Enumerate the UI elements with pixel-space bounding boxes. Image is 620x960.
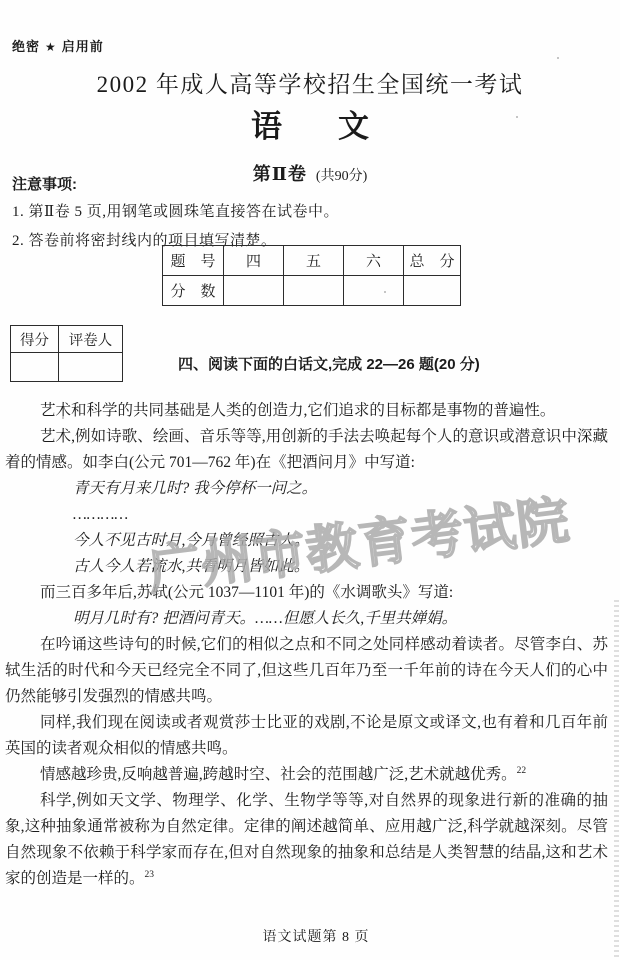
passage-paragraph-7: 科学,例如天文学、物理学、化学、生物学等等,对自然界的现象进行新的准确的抽象,这… <box>5 788 608 892</box>
paper-part-name: 第Ⅱ卷 <box>253 164 307 184</box>
classification-level: 绝密 <box>12 39 40 54</box>
paper-part-score: (共90分) <box>316 169 367 184</box>
score-cell-empty <box>404 276 461 306</box>
poem-line-sushi: 明月几时有? 把酒问青天。……但愿人长久,千里共婵娟。 <box>5 606 608 632</box>
score-table-header-row: 题 号 四 五 六 总 分 <box>163 246 461 276</box>
score-table-header-six: 六 <box>344 246 404 276</box>
score-summary-table: 题 号 四 五 六 总 分 分 数 <box>162 245 461 306</box>
scan-speckle <box>516 116 518 118</box>
classification-note: 启用前 <box>62 39 104 54</box>
passage-paragraph-5: 同样,我们现在阅读或者观赏莎士比亚的戏剧,不论是原文或译文,也有着和几百年前英国… <box>5 710 608 762</box>
notice-item-1: 1. 第Ⅱ卷 5 页,用钢笔或圆珠笔直接答在试卷中。 <box>12 200 339 221</box>
notice-heading: 注意事项: <box>12 173 77 194</box>
score-table-header-five: 五 <box>284 246 344 276</box>
poem-line-libai-3: 古人今人若流水,共看明月皆如此。 <box>5 554 608 580</box>
passage-paragraph-2: 艺术,例如诗歌、绘画、音乐等等,用创新的手法去唤起每个人的意识或潜意识中深藏着的… <box>5 424 608 476</box>
score-cell-empty <box>284 276 344 306</box>
classification-banner: 绝密★启用前 <box>12 36 104 55</box>
paper-part-line: 第Ⅱ卷 (共90分) <box>0 160 620 186</box>
scan-speckle <box>557 57 559 59</box>
section-four-title: 四、阅读下面的白话文,完成 22—26 题(20 分) <box>178 353 480 374</box>
subject-char-first: 语 <box>251 110 282 144</box>
poem-line-libai-2: 今人不见古时月,今月曾经照古人。 <box>5 528 608 554</box>
score-row-label: 分 数 <box>163 276 224 306</box>
score-table-header-four: 四 <box>224 246 284 276</box>
score-table-header-total: 总 分 <box>404 246 461 276</box>
scan-edge-artifact <box>614 600 619 960</box>
grading-score-label: 得分 <box>11 326 59 353</box>
subject-char-second: 文 <box>338 110 369 144</box>
score-table-header-question: 题 号 <box>163 246 224 276</box>
exam-title: 2002 年成人高等学校招生全国统一考试 <box>0 66 620 99</box>
grading-box-blank-row <box>11 353 123 382</box>
score-table-score-row: 分 数 <box>163 276 461 306</box>
passage-paragraph-1: 艺术和科学的共同基础是人类的创造力,它们追求的目标都是事物的普遍性。 <box>5 398 608 424</box>
exam-paper-page: 绝密★启用前 2002 年成人高等学校招生全国统一考试 语 文 第Ⅱ卷 (共90… <box>0 0 620 960</box>
passage-paragraph-4: 在吟诵这些诗句的时候,它们的相似之点和不同之处同样感动着读者。尽管李白、苏轼生活… <box>5 632 608 710</box>
grading-score-cell-empty <box>11 353 59 382</box>
passage-paragraph-7-text: 科学,例如天文学、物理学、化学、生物学等等,对自然界的现象进行新的准确的抽象,这… <box>5 792 608 887</box>
scan-speckle <box>62 417 64 419</box>
footnote-ref-22: 22 <box>517 766 527 776</box>
poem-ellipsis-line: ………… <box>5 502 608 528</box>
passage-paragraph-6-text: 情感越珍贵,反响越普遍,跨越时空、社会的范围越广泛,艺术就越优秀。 <box>40 766 517 783</box>
score-cell-empty <box>224 276 284 306</box>
subject-title: 语 文 <box>0 110 620 144</box>
grading-grader-label: 评卷人 <box>59 326 123 353</box>
footnote-ref-23: 23 <box>145 870 155 880</box>
grading-box-header-row: 得分 评卷人 <box>11 326 123 353</box>
scan-speckle <box>384 291 386 293</box>
grading-box: 得分 评卷人 <box>10 325 123 382</box>
star-icon: ★ <box>45 40 57 54</box>
score-cell-empty <box>344 276 404 306</box>
passage-paragraph-3: 而三百多年后,苏轼(公元 1037—1101 年)的《水调歌头》写道: <box>5 580 608 606</box>
reading-passage: 艺术和科学的共同基础是人类的创造力,它们追求的目标都是事物的普遍性。 艺术,例如… <box>5 398 608 892</box>
passage-paragraph-6: 情感越珍贵,反响越普遍,跨越时空、社会的范围越广泛,艺术就越优秀。22 <box>5 762 608 788</box>
page-footer: 语文试题第 8 页 <box>0 926 620 946</box>
poem-line-libai-1: 青天有月来几时? 我今停杯一问之。 <box>5 476 608 502</box>
grading-grader-cell-empty <box>59 353 123 382</box>
